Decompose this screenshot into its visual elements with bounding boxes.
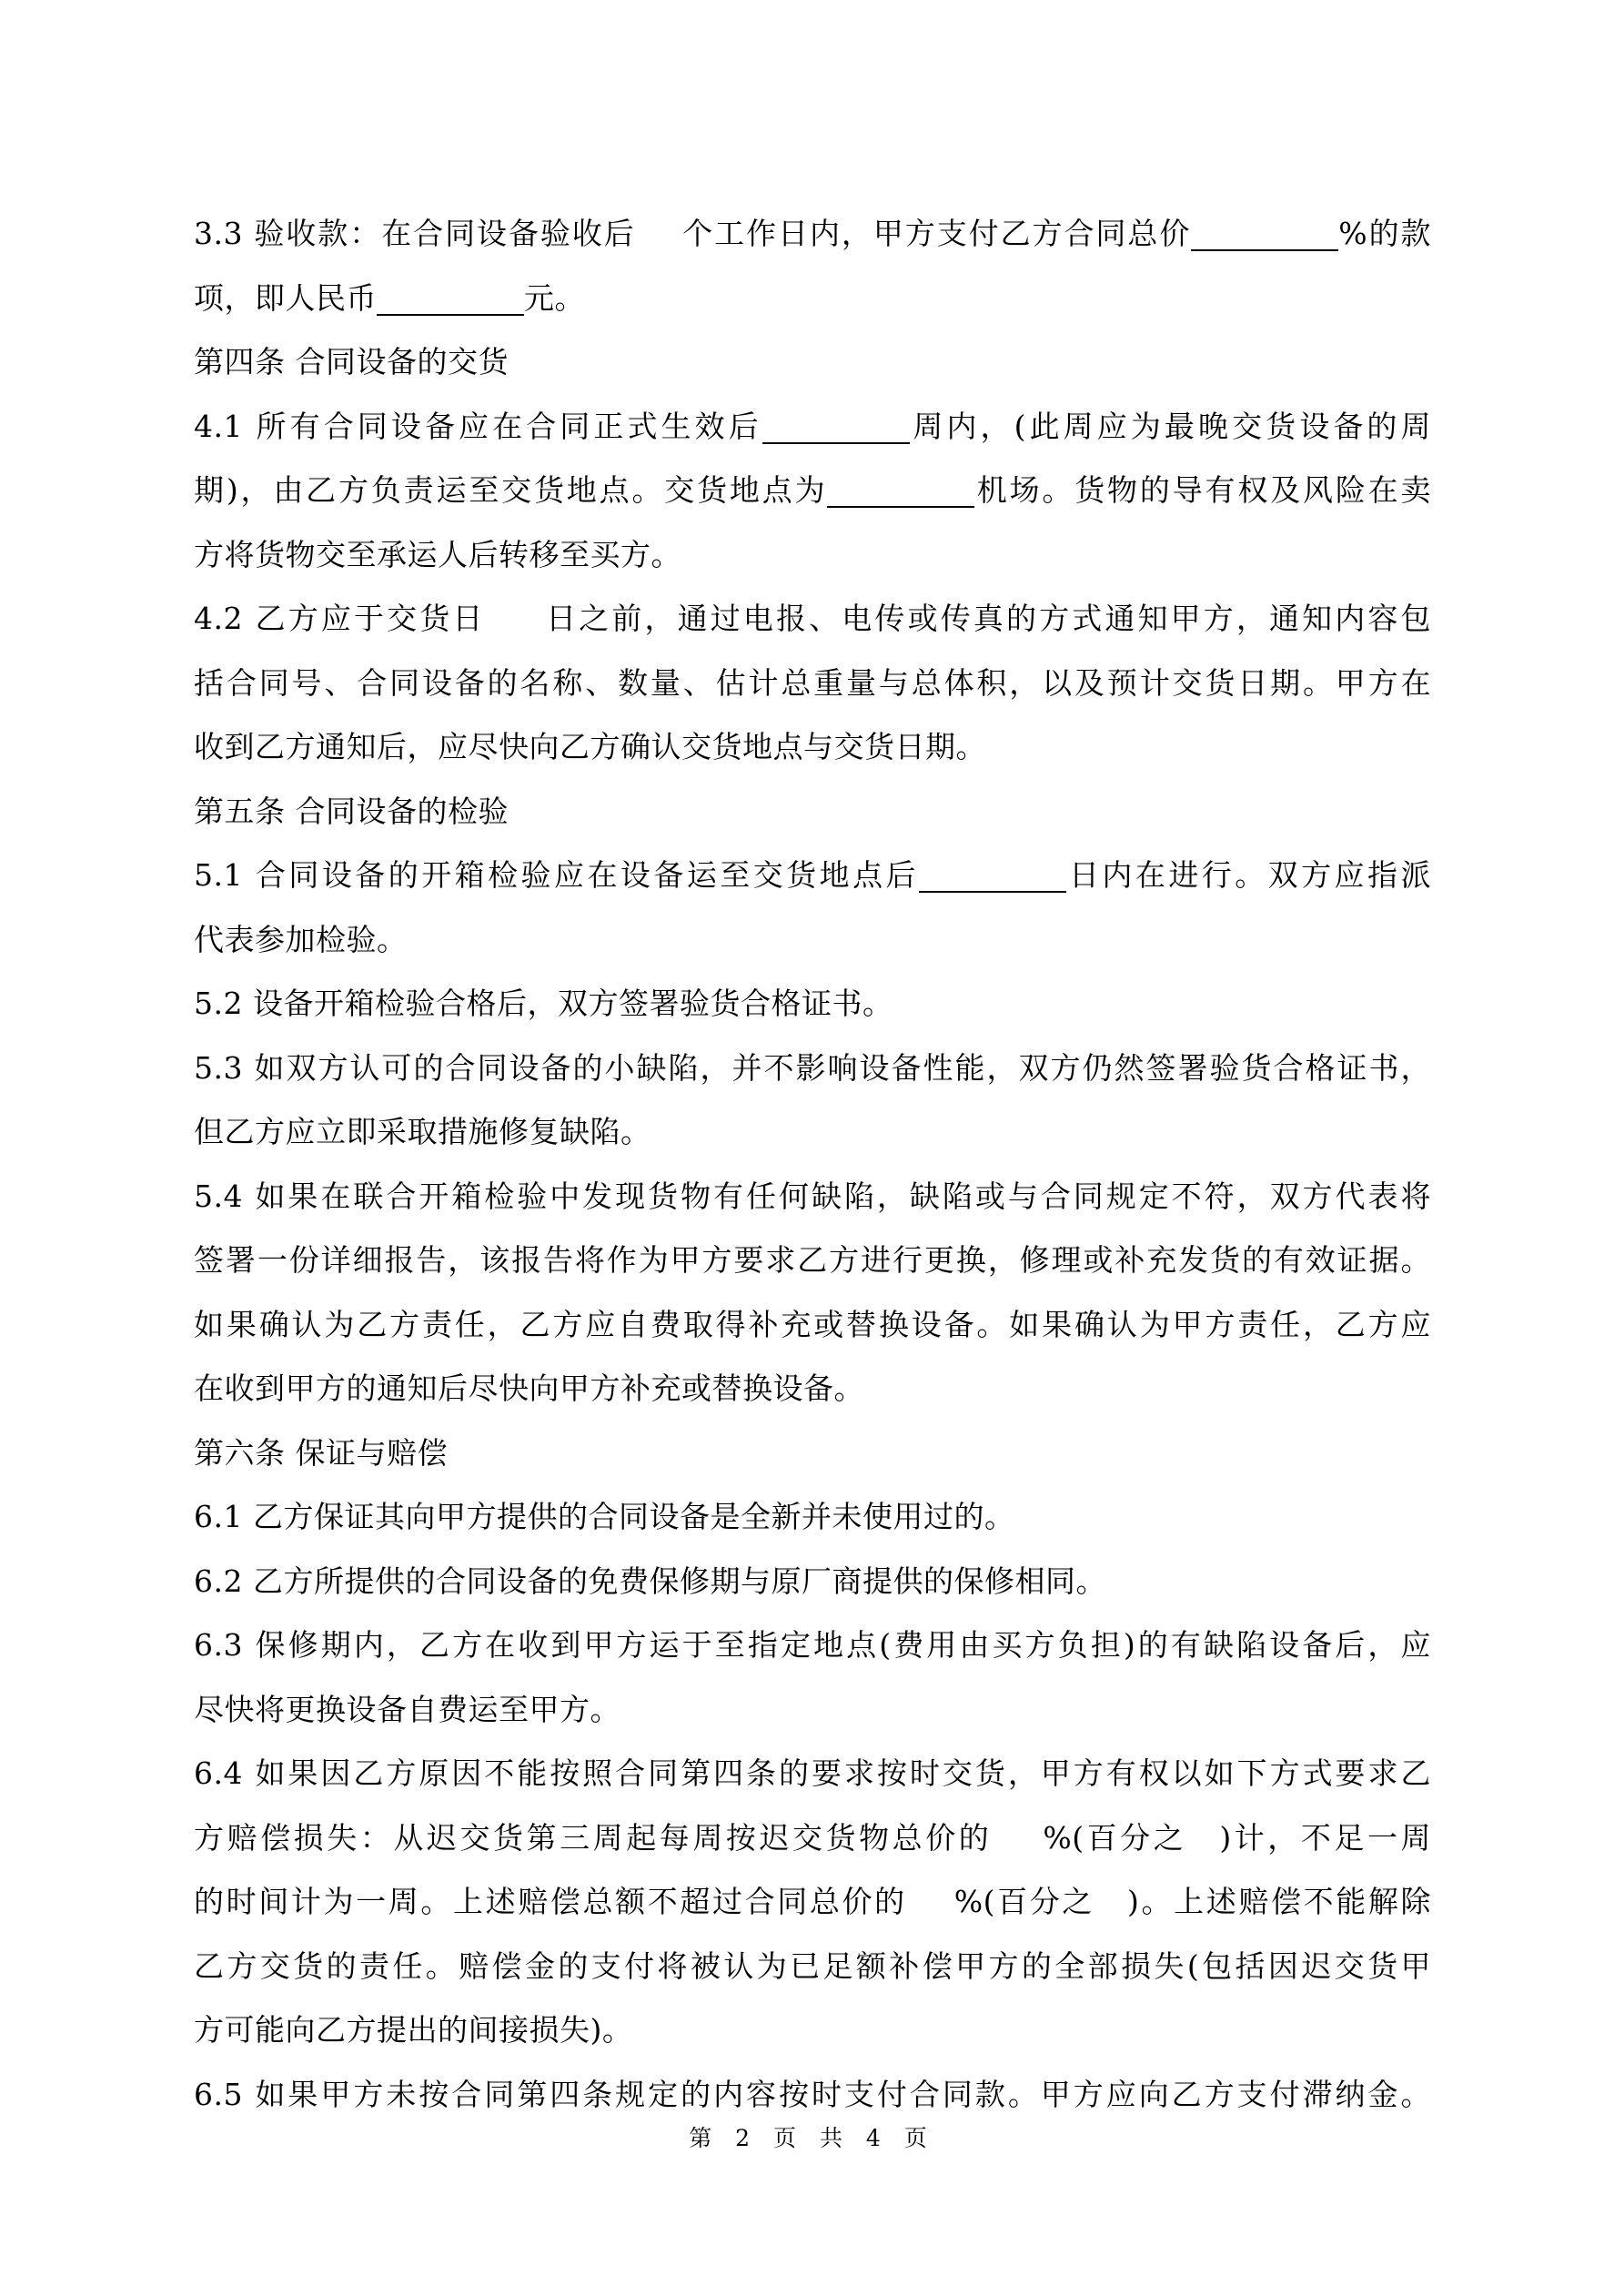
text-segment: 机场。货物的导有权及风险在卖	[974, 472, 1431, 508]
clause-5-3-line-2: 但乙方应立即采取措施修复缺陷。	[194, 1100, 1431, 1165]
clause-5-4-line-2: 签署一份详细报告，该报告将作为甲方要求乙方进行更换，修理或补充发货的有效证据。	[194, 1229, 1431, 1293]
clause-6-3-line-2: 尽快将更换设备自费运至甲方。	[194, 1678, 1431, 1743]
text-segment: 3.3 验收款：在合同设备验收后	[194, 216, 636, 251]
clause-6-5: 6.5 如果甲方未按合同第四条规定的内容按时支付合同款。甲方应向乙方支付滞纳金。	[194, 2063, 1431, 2128]
clause-4-2-line-1: 4.2 乙方应于交货日日之前，通过电报、电传或传真的方式通知甲方，通知内容包	[194, 587, 1431, 652]
document-page: 3.3 验收款：在合同设备验收后个工作日内，甲方支付乙方合同总价%的款 项，即人…	[194, 202, 1431, 2127]
text-segment: 周内，(此周应为最晚交货设备的周	[910, 409, 1431, 444]
clause-4-1-line-3: 方将货物交至承运人后转移至买方。	[194, 523, 1431, 588]
clause-6-4-line-4: 乙方交货的责任。赔偿金的支付将被认为已足额补偿甲方的全部损失(包括因迟交货甲	[194, 1935, 1431, 1999]
clause-5-4-line-1: 5.4 如果在联合开箱检验中发现货物有任何缺陷，缺陷或与合同规定不符，双方代表将	[194, 1165, 1431, 1229]
text-segment: )计，不足一周	[1219, 1820, 1431, 1856]
clause-4-2-line-2: 括合同号、合同设备的名称、数量、估计总重量与总体积，以及预计交货日期。甲方在	[194, 652, 1431, 716]
page-number-footer: 第 2 页 共 4 页	[0, 2120, 1624, 2153]
clause-5-3-line-1: 5.3 如双方认可的合同设备的小缺陷，并不影响设备性能，双方仍然签署验货合格证书…	[194, 1037, 1431, 1101]
clause-5-4-line-3: 如果确认为乙方责任，乙方应自费取得补充或替换设备。如果确认为甲方责任，乙方应	[194, 1293, 1431, 1358]
text-segment: 4.2 乙方应于交货日	[194, 601, 486, 636]
text-segment: 5.1 合同设备的开箱检验应在设备运至交货地点后	[194, 857, 919, 893]
clause-6-3-line-1: 6.3 保修期内，乙方在收到甲方运于至指定地点(费用由买方负担)的有缺陷设备后，…	[194, 1613, 1431, 1678]
text-segment: 项，即人民币	[194, 280, 377, 316]
article-5-heading: 第五条 合同设备的检验	[194, 780, 1431, 845]
clause-6-4-line-5: 方可能向乙方提出的间接损失)。	[194, 1998, 1431, 2063]
clause-5-1-line-2: 代表参加检验。	[194, 908, 1431, 973]
clause-5-1-line-1: 5.1 合同设备的开箱检验应在设备运至交货地点后日内在进行。双方应指派	[194, 844, 1431, 908]
text-segment: )。上述赔偿不能解除	[1127, 1884, 1431, 1919]
clause-6-2: 6.2 乙方所提供的合同设备的免费保修期与原厂商提供的保修相同。	[194, 1550, 1431, 1614]
clause-3-3-line-1: 3.3 验收款：在合同设备验收后个工作日内，甲方支付乙方合同总价%的款	[194, 202, 1431, 267]
text-segment: 的时间计为一周。上述赔偿总额不超过合同总价的	[194, 1884, 907, 1919]
clause-6-4-line-3: 的时间计为一周。上述赔偿总额不超过合同总价的%(百分之)。上述赔偿不能解除	[194, 1870, 1431, 1935]
clause-4-2-line-3: 收到乙方通知后，应尽快向乙方确认交货地点与交货日期。	[194, 715, 1431, 780]
fill-in-blank-percent[interactable]	[1191, 218, 1338, 252]
clause-6-4-line-2: 方赔偿损失：从迟交货第三周起每周按迟交货物总价的%(百分之)计，不足一周	[194, 1806, 1431, 1871]
article-4-heading: 第四条 合同设备的交货	[194, 330, 1431, 395]
text-segment: 元。	[524, 280, 585, 316]
clause-4-1-line-1: 4.1 所有合同设备应在合同正式生效后周内，(此周应为最晚交货设备的周	[194, 395, 1431, 460]
text-segment: 期)，由乙方负责运至交货地点。交货地点为	[194, 472, 827, 508]
text-segment: 日之前，通过电报、电传或传真的方式通知甲方，通知内容包	[544, 601, 1431, 636]
text-segment: 个工作日内，甲方支付乙方合同总价	[681, 216, 1192, 251]
text-segment: %(百分之	[954, 1884, 1094, 1919]
text-segment: %的款	[1338, 216, 1431, 251]
clause-5-4-line-4: 在收到甲方的通知后尽快向甲方补充或替换设备。	[194, 1357, 1431, 1421]
clause-4-1-line-2: 期)，由乙方负责运至交货地点。交货地点为机场。货物的导有权及风险在卖	[194, 459, 1431, 523]
text-segment: %(百分之	[1043, 1820, 1186, 1856]
text-segment: 方赔偿损失：从迟交货第三周起每周按迟交货物总价的	[194, 1820, 992, 1856]
fill-in-blank-amount[interactable]	[377, 282, 524, 316]
fill-in-blank-weeks[interactable]	[762, 410, 910, 444]
clause-5-2: 5.2 设备开箱检验合格后，双方签署验货合格证书。	[194, 972, 1431, 1037]
clause-6-1: 6.1 乙方保证其向甲方提供的合同设备是全新并未使用过的。	[194, 1485, 1431, 1550]
clause-6-4-line-1: 6.4 如果因乙方原因不能按照合同第四条的要求按时交货，甲方有权以如下方式要求乙	[194, 1742, 1431, 1806]
text-segment: 日内在进行。双方应指派	[1066, 857, 1431, 893]
clause-3-3-line-2: 项，即人民币元。	[194, 267, 1431, 331]
fill-in-blank-days[interactable]	[919, 860, 1066, 894]
article-6-heading: 第六条 保证与赔偿	[194, 1421, 1431, 1486]
fill-in-blank-airport[interactable]	[827, 475, 974, 509]
text-segment: 4.1 所有合同设备应在合同正式生效后	[194, 409, 762, 444]
